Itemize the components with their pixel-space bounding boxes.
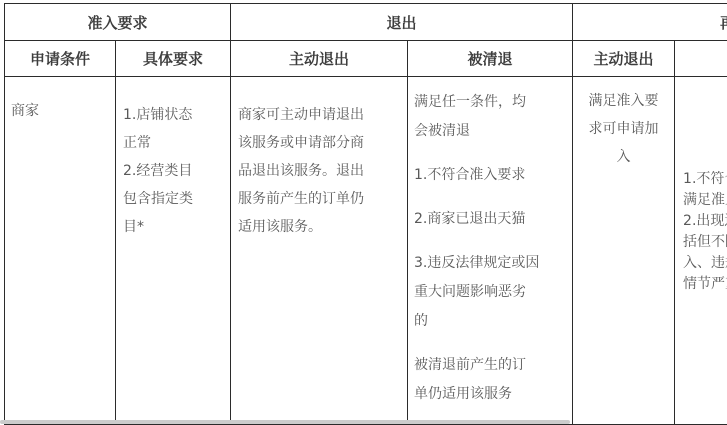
text-line: 品退出该服务。退出 [238,157,405,185]
header-voluntary-exit: 主动退出 [231,41,408,77]
text-line: 包含指定类 [123,185,226,213]
text-line: 求可申请加 [575,115,672,143]
text-line: 服务前产生的订单仍 [238,185,405,213]
merchant-label: 商家 [11,97,111,125]
text-line: 2.出现违 [683,211,727,232]
paragraph: 1.不符合准入要求 [414,161,570,190]
text-line: 会被清退 [414,117,570,146]
header-sub-row: 申请条件 具体要求 主动退出 被清退 主动退出 [5,41,727,77]
header-forced-exit: 被清退 [408,41,573,77]
paragraph: 2.商家已退出天猫 [414,205,570,234]
horizontal-scrollbar-thumb[interactable] [0,420,570,424]
text-line: 3.违反法律规定或因 [414,249,570,278]
header-specific-requirement: 具体要求 [116,41,231,77]
text-line: 2.经营类目 [123,157,226,185]
text-line: 满足准入 [683,190,727,211]
paragraph: 3.违反法律规定或因 重大问题影响恶劣 的 [414,249,570,336]
cell-voluntary-exit: 商家可主动申请退出 该服务或申请部分商 品退出该服务。退出 服务前产生的订单仍 … [231,77,408,425]
text-line: 入 [575,143,672,171]
text-line: 1.不符合准入要求 [414,161,570,190]
paragraph: 被清退前产生的订 单仍适用该服务 [414,351,570,409]
text-line: 被清退前产生的订 [414,351,570,380]
text-line: 入、违规 [683,253,727,274]
header-rejoin-voluntary: 主动退出 [573,41,675,77]
page: 准入要求 退出 再准入 申请条件 具体要求 主动退出 被清退 主动退出 商家 1… [0,0,727,425]
text-line: 满足准入要 [575,87,672,115]
table-row: 商家 1.店铺状态 正常 2.经营类目 包含指定类 目* 商家可主动申请退出 该… [5,77,727,425]
header-group-exit: 退出 [231,4,573,41]
text-line: 正常 [123,129,226,157]
header-apply-condition: 申请条件 [5,41,116,77]
cell-forced-exit: 满足任一条件，均 会被清退 1.不符合准入要求 2.商家已退出天猫 3.违反法律… [408,77,573,425]
text-line: 目* [123,213,226,241]
text-line: 商家可主动申请退出 [238,101,405,129]
paragraph: 满足任一条件，均 会被清退 [414,88,570,146]
cell-merchant-role: 商家 [5,77,116,425]
header-rejoin-clipped [675,41,727,77]
text-line: 2.商家已退出天猫 [414,205,570,234]
header-group-rejoin: 再准入 [573,4,727,41]
text-line: 重大问题影响恶劣 [414,278,570,307]
cell-specific-requirements: 1.店铺状态 正常 2.经营类目 包含指定类 目* [116,77,231,425]
cell-rejoin-voluntary: 满足准入要 求可申请加 入 [573,77,675,425]
text-line: 的 [414,307,570,336]
text-line: 1.店铺状态 [123,101,226,129]
text-line: 1.不符合 [683,169,727,190]
text-line: 适用该服务。 [238,213,405,241]
header-group-row: 准入要求 退出 再准入 [5,4,727,41]
text-line: 满足任一条件，均 [414,88,570,117]
rules-table: 准入要求 退出 再准入 申请条件 具体要求 主动退出 被清退 主动退出 商家 1… [4,3,727,425]
text-line: 该服务或申请部分商 [238,129,405,157]
cell-rejoin-clipped: 1.不符合 满足准入 2.出现违 括但不限 入、违规 情节严重 [675,77,727,425]
header-group-admission: 准入要求 [5,4,231,41]
text-line: 情节严重 [683,274,727,295]
text-line: 括但不限 [683,232,727,253]
text-line: 单仍适用该服务 [414,380,570,409]
